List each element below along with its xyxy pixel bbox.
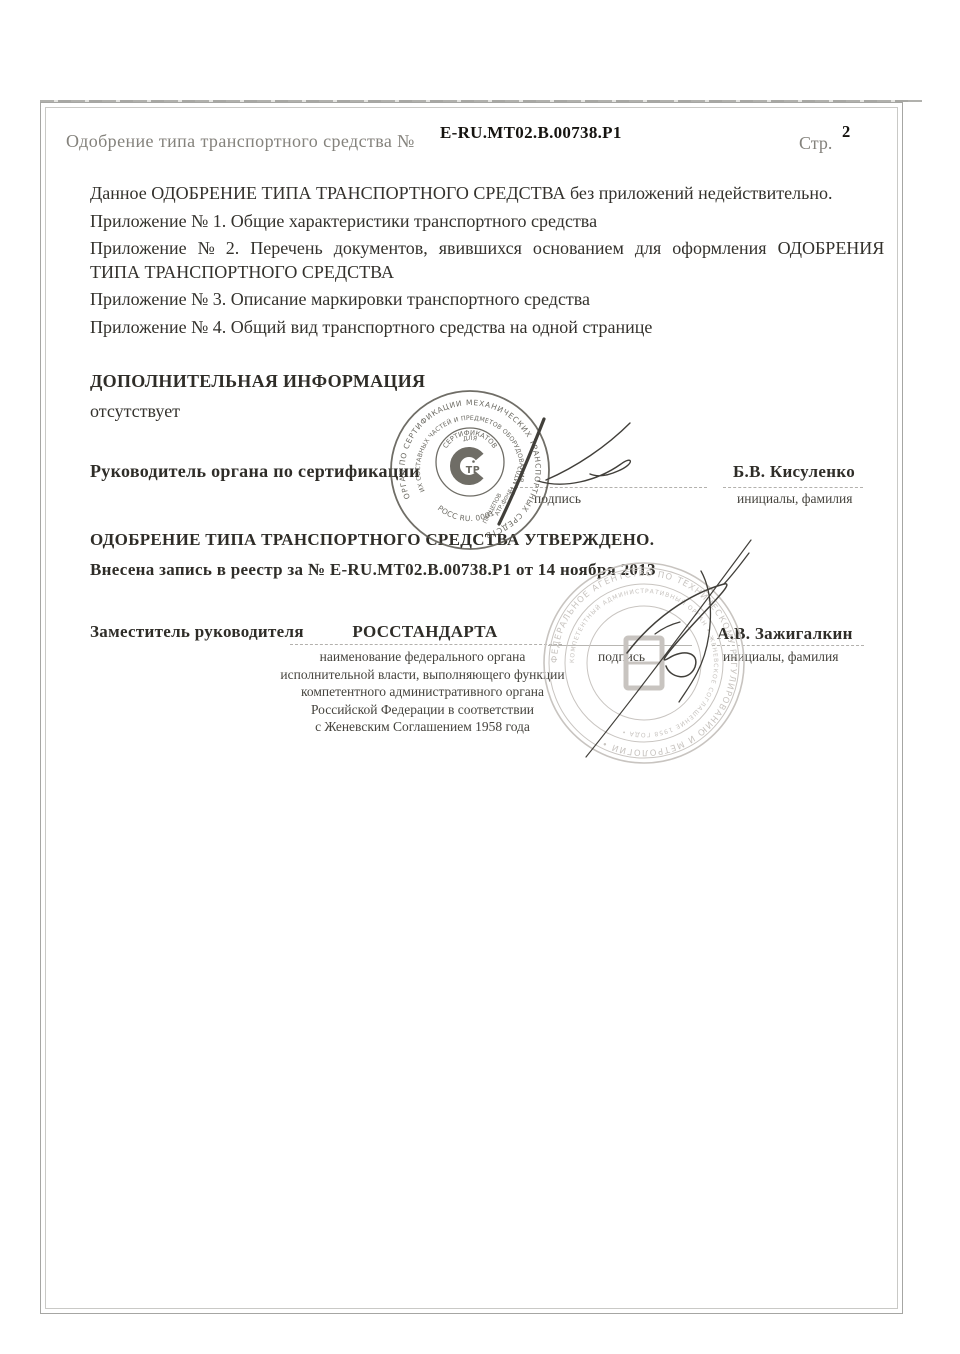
document-page: Одобрение типа транспортного средства № … — [0, 0, 960, 1354]
cert-head-signature — [499, 419, 630, 524]
signatures-overlay — [0, 0, 960, 1354]
deputy-signature-scrawl — [586, 540, 751, 757]
